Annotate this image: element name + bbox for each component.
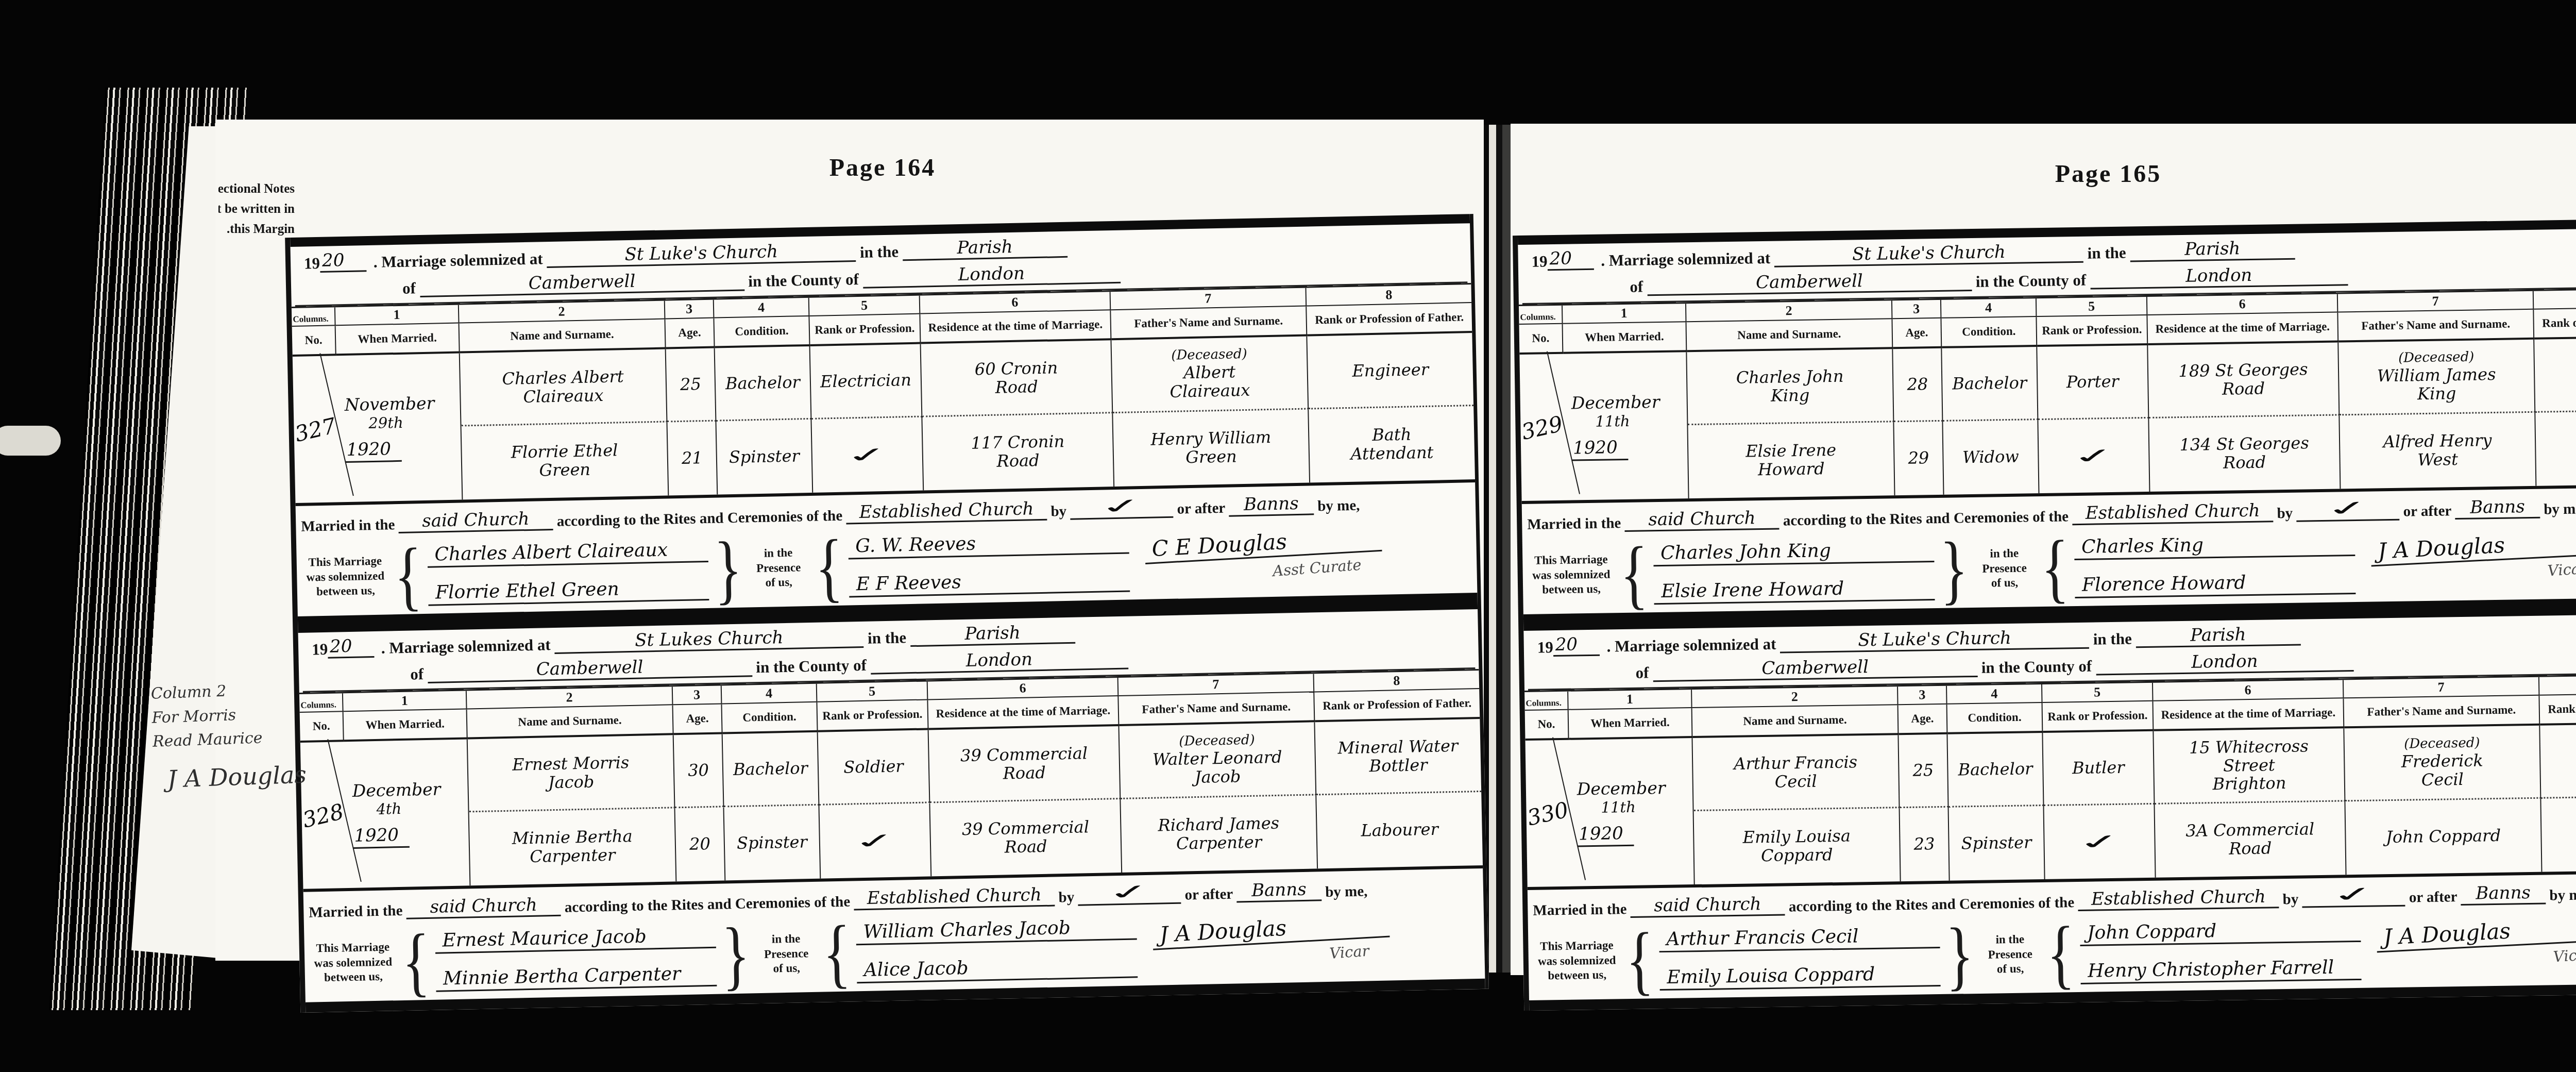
groom-residence-line3: Brighton — [2212, 774, 2286, 794]
county-handwritten: London — [2090, 263, 2348, 289]
groom-father-forenames: William James — [2377, 365, 2496, 386]
bride-rank-ditto-flourish: ✓ — [2038, 418, 2150, 493]
presence-l2: Presence — [1973, 561, 2035, 577]
bride-forenames: Florrie Ethel — [511, 442, 618, 462]
groom-father-rank-cell: Mineral WaterBottler — [1315, 719, 1481, 795]
header-rank: Rank or Profession. — [809, 314, 921, 346]
columns-label-cell: Columns. — [292, 307, 336, 327]
column-number: 3 — [673, 685, 722, 705]
by-label: by — [2282, 891, 2298, 908]
presence-l1: in the — [747, 545, 809, 561]
columns-word: Columns. — [293, 314, 329, 325]
year-printed: 19 — [1537, 638, 1554, 656]
header-father-rank: Rank or Profession of Father. — [2539, 693, 2576, 726]
solemnized-label: . Marriage solemnized at — [381, 635, 551, 657]
according-label: according to the Rites and Ceremonies of… — [1789, 894, 2075, 915]
witness2-signature: Florence Howard — [2075, 571, 2356, 598]
groom-father-surname: Cecil — [2421, 770, 2464, 790]
register-page-left: Page 164 Any Correctional Notes must be … — [215, 120, 1484, 961]
groom-father-forenames: Albert — [1183, 363, 1236, 383]
register-page-right: Page 165 Any Correctional Notes must be … — [1511, 124, 2576, 975]
header-when-married: When Married. — [344, 709, 468, 742]
bride-age: 23 — [1900, 808, 1950, 881]
according-label: according to the Rites and Ceremonies of… — [1783, 508, 2069, 529]
column-number: 4 — [714, 298, 810, 319]
scanned-register-image: Page 164 Any Correctional Notes must be … — [0, 0, 2576, 1072]
groom-surname: King — [1771, 386, 1810, 405]
established-church-handwritten: Established Church — [846, 498, 1047, 525]
county-handwritten: London — [870, 647, 1128, 675]
groom-age: 25 — [1899, 734, 1948, 808]
marriage-year: 1920 — [1578, 823, 1634, 847]
header-father-rank: Rank or Profession of Father. — [2534, 307, 2576, 340]
by-flourish-mark: ✓ — [2327, 882, 2380, 907]
column-number: 5 — [817, 681, 928, 702]
bride-residence-line2: Road — [996, 451, 1040, 471]
presence-l2: Presence — [755, 946, 818, 962]
marriage-day: 11th — [1577, 798, 1636, 817]
bride-residence-line2: Road — [2229, 839, 2272, 858]
said-church-handwritten: said Church — [398, 508, 553, 533]
groom-father-cell: (Deceased)AlbertClaireaux — [1111, 337, 1309, 414]
witness-signatures: John Coppard Henry Christopher Farrell — [2080, 918, 2362, 984]
header-father-name: Father's Name and Surname. — [2338, 310, 2534, 343]
by-flourish-mark: ✓ — [2321, 496, 2374, 521]
marriage-month: November — [344, 393, 434, 415]
marriage-year: 1920 — [1572, 437, 1628, 461]
groom-rank: Soldier — [818, 730, 930, 805]
bride-father-forenames: Henry William — [1150, 428, 1271, 449]
established-church-handwritten: Established Church — [2072, 500, 2274, 525]
church-handwritten: St Lukes Church — [554, 626, 864, 654]
according-label: according to the Rites and Ceremonies of… — [556, 508, 842, 530]
register-form-left: 1920 . Marriage solemnized at St Luke's … — [285, 214, 1489, 1013]
this-marriage-l1: This Marriage — [1533, 938, 1620, 954]
header-father-name: Father's Name and Surname. — [1118, 692, 1315, 726]
close-brace: } — [721, 924, 750, 986]
this-marriage-l3: between us, — [1528, 582, 1615, 598]
county-handwritten: London — [862, 261, 1121, 289]
said-church-handwritten: said Church — [1624, 508, 1780, 532]
header-father-rank: Rank or Profession of Father. — [1307, 303, 1472, 336]
groom-name-cell: Ernest MorrisJacob — [468, 735, 675, 812]
groom-signature: Ernest Maurice Jacob — [435, 925, 716, 954]
column-number: 1 — [335, 305, 460, 326]
parish-handwritten: Camberwell — [1647, 269, 1972, 296]
ditto-flourish-mark: ✓ — [2067, 444, 2120, 468]
bride-signature: Florrie Ethel Green — [428, 577, 709, 606]
married-in-label: Married in the — [301, 516, 395, 535]
this-marriage-l1: This Marriage — [1528, 552, 1614, 568]
groom-residence-line2: Street — [2223, 756, 2275, 775]
column-number: 2 — [1692, 686, 1898, 708]
header-when-married: When Married. — [336, 324, 460, 356]
witness-signatures: Charles King Florence Howard — [2074, 532, 2356, 598]
groom-age: 25 — [666, 348, 717, 423]
marriage-month: December — [1571, 392, 1660, 413]
header-age: Age. — [1899, 705, 1948, 735]
married-in-label: Married in the — [1533, 901, 1626, 919]
groom-father-forenames: Walter Leonard — [1153, 748, 1282, 769]
groom-forenames: Ernest Morris — [512, 753, 630, 774]
open-brace: { — [401, 930, 430, 993]
groom-surname: Claireaux — [523, 386, 604, 406]
county-label: in the County of — [1975, 271, 2086, 291]
by-flourish: ✓ — [1070, 494, 1174, 520]
columns-label-cell: Columns. — [1524, 692, 1569, 711]
groom-residence-line1: 39 Commercial — [960, 744, 1088, 765]
bride-name-cell: Minnie BerthaCarpenter — [469, 808, 677, 885]
officiant-block: C E Douglas Asst Curate — [1144, 528, 1382, 583]
marriage-year: 1920 — [345, 439, 401, 463]
by-flourish-mark: ✓ — [1095, 493, 1148, 518]
margin-note-line3: this Margin. — [218, 220, 295, 240]
when-married-cell: December 11th 1920 — [1569, 738, 1694, 886]
register-entry: 1920 . Marriage solemnized at St Luke's … — [1518, 227, 2576, 614]
year-printed: 19 — [1531, 252, 1548, 270]
column-number: 7 — [2344, 677, 2539, 699]
entry-footer: Married in the said Church according to … — [1528, 873, 2576, 1000]
witness-signatures: G. W. Reeves E F Reeves — [848, 530, 1130, 598]
groom-condition: Bachelor — [715, 346, 812, 422]
column-number: 1 — [343, 691, 467, 712]
groom-forenames: Charles Albert — [502, 367, 624, 389]
column-number: 4 — [1947, 684, 2043, 705]
header-rank: Rank or Profession. — [2037, 315, 2148, 347]
this-marriage-label: This Marriage was solemnized between us, — [302, 554, 389, 600]
year: 1920 — [304, 249, 367, 273]
column-number: 7 — [2338, 291, 2534, 313]
columns-word: Columns. — [1520, 312, 1556, 323]
register-table: Columns. 1 2 3 4 5 6 7 8 No. When Marrie… — [299, 669, 1483, 892]
header-father-name: Father's Name and Surname. — [2344, 696, 2540, 729]
groom-father-rank-cell: Engineer — [1307, 333, 1473, 409]
register-entry: 1920 . Marriage solemnized at St Luke's … — [290, 223, 1477, 616]
groom-father-deceased-note: (Deceased) — [1179, 733, 1255, 749]
banns-handwritten: Banns — [1236, 879, 1322, 902]
in-the-label: in the — [2093, 629, 2132, 648]
year: 1920 — [1531, 248, 1594, 271]
county-handwritten: London — [2096, 649, 2354, 675]
banns-handwritten: Banns — [1228, 493, 1314, 516]
witness1-signature: G. W. Reeves — [848, 530, 1129, 560]
groom-father-forenames: Frederick — [2401, 752, 2483, 772]
column-number: 5 — [809, 296, 921, 316]
solemnized-label: . Marriage solemnized at — [1601, 249, 1770, 270]
column-number: 1 — [1563, 304, 1687, 324]
open-brace-witnesses: { — [2046, 923, 2075, 985]
year-printed: 19 — [304, 254, 320, 273]
groom-name-cell: Charles AlbertClaireaux — [460, 349, 668, 427]
year-handwritten: 20 — [320, 249, 367, 273]
groom-condition: Bachelor — [1947, 733, 2044, 808]
groom-father-rank-line2: Bottler — [1369, 756, 1428, 776]
bride-father-rank-cell: BathAttendant — [1309, 406, 1475, 482]
marriage-year: 1920 — [353, 825, 409, 849]
correction-annotation: Column 2 For Morris Read Maurice J A Dou… — [150, 676, 325, 798]
groom-signature: Charles John King — [1653, 539, 1935, 566]
presence-l3: of us, — [748, 575, 810, 591]
presence-label: in the Presence of us, — [755, 931, 818, 977]
by-me-label: by me, — [1317, 497, 1360, 515]
said-church-handwritten: said Church — [1630, 893, 1785, 917]
page-number: Page 164 — [293, 154, 1472, 182]
open-brace-witnesses: { — [815, 536, 843, 598]
solemnized-label: . Marriage solemnized at — [1606, 635, 1776, 656]
groom-surname: Cecil — [1775, 772, 1817, 791]
register-table: Columns. 1 2 3 4 5 6 7 8 No. When Marrie… — [1524, 673, 2576, 890]
columns-word: Columns. — [1526, 698, 1562, 709]
groom-father-rank-line1: Mineral Water — [1337, 736, 1458, 758]
or-after-label: or after — [1184, 886, 1233, 903]
party-signatures: Charles John King Elsie Irene Howard — [1653, 539, 1935, 605]
column-number: 2 — [1686, 300, 1892, 322]
groom-father-rank-line1: Engineer — [1352, 360, 1429, 380]
header-condition: Condition. — [1941, 317, 2037, 348]
bride-surname: Howard — [1758, 460, 1825, 479]
groom-residence-line2: Road — [995, 378, 1038, 397]
bride-rank-ditto-flourish: ✓ — [811, 417, 924, 493]
married-in-label: Married in the — [1527, 515, 1621, 533]
bride-father-rank-line1: Labourer — [1361, 820, 1438, 841]
column-number: 8 — [2539, 675, 2576, 696]
officiant-block: J A Douglas Vicar — [1152, 914, 1390, 969]
bride-signature: Minnie Bertha Carpenter — [436, 963, 717, 992]
groom-father-surname: Claireaux — [1170, 381, 1250, 401]
bride-condition: Widow — [1943, 420, 2039, 495]
header-when-married: When Married. — [1563, 322, 1687, 354]
this-marriage-l3: between us, — [1534, 968, 1620, 984]
groom-father-cell: (Deceased)William JamesKing — [2338, 340, 2535, 416]
presence-l2: Presence — [1979, 947, 2041, 963]
witness-signatures: William Charles Jacob Alice Jacob — [856, 916, 1138, 983]
by-flourish-mark: ✓ — [1103, 879, 1156, 904]
groom-age: 30 — [674, 734, 724, 808]
register-entry: 1920 . Marriage solemnized at St Lukes C… — [298, 609, 1485, 1002]
columns-label-cell: Columns. — [1519, 306, 1563, 325]
entry-327-mount: 1920 . Marriage solemnized at St Luke's … — [290, 223, 1477, 616]
year: 1920 — [1537, 634, 1600, 657]
column-number: 8 — [2534, 289, 2576, 310]
register-form-right: 1920 . Marriage solemnized at St Luke's … — [1513, 218, 2576, 1011]
witness2-signature: Alice Jacob — [856, 954, 1138, 983]
banns-handwritten: Banns — [2461, 882, 2546, 906]
church-handwritten: St Luke's Church — [1780, 627, 2090, 654]
parish-handwritten: Camberwell — [1653, 655, 1978, 682]
bride-residence-line2: Road — [2223, 454, 2266, 473]
entry-328-mount: 1920 . Marriage solemnized at St Lukes C… — [298, 609, 1485, 1002]
bride-residence-cell: 117 CroninRoad — [922, 413, 1114, 490]
this-marriage-l2: was solemnized — [1534, 953, 1620, 969]
bride-rank-ditto-flourish: ✓ — [2044, 805, 2156, 879]
parish-word-handwritten: Parish — [2130, 238, 2295, 262]
this-marriage-l1: This Marriage — [310, 940, 397, 956]
bride-surname: Green — [539, 460, 590, 480]
groom-residence-line2: Road — [1003, 763, 1046, 782]
party-signatures: Arthur Francis Cecil Emily Louisa Coppar… — [1659, 925, 1941, 991]
church-handwritten: St Luke's Church — [1774, 241, 2084, 267]
header-age: Age. — [1892, 319, 1942, 349]
groom-signature: Charles Albert Claireaux — [427, 539, 708, 568]
header-residence: Residence at the time of Marriage. — [2147, 312, 2338, 345]
bride-father-forenames: John Coppard — [2386, 827, 2501, 847]
groom-age: 28 — [1893, 348, 1943, 422]
established-church-handwritten: Established Church — [854, 884, 1055, 911]
header-residence: Residence at the time of Marriage. — [928, 696, 1119, 730]
by-me-label: by me, — [2549, 886, 2576, 903]
bride-residence-line1: 134 St Georges — [2179, 434, 2309, 455]
column-number: 3 — [1898, 686, 1947, 705]
header-age: Age. — [665, 319, 715, 349]
groom-father-surname: King — [2417, 384, 2456, 404]
groom-father-rank-cell: CoalPorter — [2534, 337, 2576, 413]
bride-residence-cell: 134 St GeorgesRoad — [2149, 415, 2341, 491]
bride-father-rank-cell: DockLabourer — [2535, 410, 2576, 486]
marriage-month: December — [1577, 778, 1666, 799]
groom-residence-line1: 15 Whitecross — [2189, 737, 2309, 757]
by-label: by — [2277, 505, 2293, 522]
open-brace: { — [1625, 929, 1654, 991]
this-marriage-label: This Marriage was solemnized between us, — [1528, 552, 1615, 598]
county-label: in the County of — [756, 656, 867, 676]
bride-residence-line1: 3A Commercial — [2185, 820, 2314, 841]
groom-father-surname: Jacob — [1194, 767, 1241, 787]
when-married-cell: December 11th 1920 — [1563, 352, 1689, 500]
bride-father-cell: Henry WilliamGreen — [1113, 409, 1310, 487]
register-table: Columns. 1 2 3 4 5 6 7 8 No. When Marrie… — [292, 283, 1475, 506]
married-in-label: Married in the — [309, 902, 403, 921]
bride-father-rank-line1: Bath — [1372, 426, 1412, 445]
groom-residence-cell: 15 WhitecrossStreetBrighton — [2154, 728, 2345, 804]
ditto-flourish-mark: ✓ — [2073, 830, 2126, 855]
of-label: of — [410, 665, 424, 683]
or-after-label: or after — [2403, 502, 2451, 520]
column-number: 3 — [665, 300, 715, 320]
presence-l3: of us, — [756, 961, 818, 977]
groom-signature: Arthur Francis Cecil — [1659, 925, 1940, 952]
year: 1920 — [312, 635, 375, 659]
groom-father-cell: (Deceased)Walter LeonardJacob — [1119, 722, 1316, 799]
by-flourish: ✓ — [1078, 880, 1181, 906]
header-rank: Rank or Profession. — [2043, 701, 2154, 733]
bride-father-surname: West — [2417, 450, 2458, 470]
register-table: Columns. 1 2 3 4 5 6 7 8 No. When Marrie… — [1519, 287, 2576, 504]
bride-residence-cell: 39 CommercialRoad — [930, 799, 1122, 876]
bride-residence-cell: 3A CommercialRoad — [2155, 801, 2346, 877]
year-handwritten: 20 — [1553, 634, 1600, 657]
in-the-label: in the — [860, 242, 899, 261]
parish-word-handwritten: Parish — [902, 236, 1067, 261]
in-the-label: in the — [2087, 244, 2126, 262]
according-label: according to the Rites and Ceremonies of… — [565, 894, 851, 916]
bride-surname: Coppard — [1761, 846, 1833, 865]
bride-father-surname: Carpenter — [1176, 833, 1262, 853]
bride-father-rank-cell: Pensioner — [2541, 796, 2576, 872]
page-number: Page 165 — [1518, 160, 2576, 188]
header-residence: Residence at the time of Marriage. — [2154, 698, 2345, 731]
groom-forenames: Charles John — [1736, 367, 1844, 387]
bride-residence-line1: 39 Commercial — [962, 818, 1090, 839]
groom-forenames: Arthur Francis — [1734, 753, 1857, 773]
book-center-gutter — [1483, 125, 1511, 973]
banns-handwritten: Banns — [2455, 496, 2540, 520]
column-number: 6 — [2147, 294, 2338, 315]
groom-father-cell: (Deceased)FrederickCecil — [2344, 726, 2541, 802]
header-rank: Rank or Profession. — [817, 700, 928, 732]
groom-condition: Bachelor — [723, 732, 820, 808]
bride-father-cell: Alfred HenryWest — [2340, 413, 2536, 489]
margin-note-line2: must be written in — [218, 199, 295, 220]
ditto-flourish-mark: ✓ — [841, 443, 893, 467]
column-number: 4 — [1941, 298, 2037, 319]
bride-forenames: Elsie Irene — [1745, 441, 1836, 461]
bride-father-surname: Green — [1185, 447, 1237, 467]
header-name-surname: Name and Surname. — [460, 320, 666, 354]
marriage-day: 29th — [345, 414, 403, 432]
bride-age: 21 — [667, 422, 718, 496]
groom-father-deceased-note: (Deceased) — [1171, 347, 1247, 363]
header-no: No. — [1519, 324, 1564, 355]
by-label: by — [1050, 503, 1066, 520]
county-label: in the County of — [1981, 657, 2092, 677]
register-entry: 1920 . Marriage solemnized at St Luke's … — [1523, 613, 2576, 1000]
marriage-month: December — [352, 779, 440, 800]
groom-residence-cell: 39 CommercialRoad — [929, 726, 1121, 803]
groom-condition: Bachelor — [1942, 347, 2038, 422]
entry-329-mount: 1920 . Marriage solemnized at St Luke's … — [1518, 227, 2576, 614]
officiant-block: J A Douglas Vicar — [2370, 531, 2576, 585]
bride-rank-ditto-flourish: ✓ — [819, 803, 931, 878]
bride-father-forenames: Alfred Henry — [2383, 431, 2492, 451]
bride-father-rank-cell: Labourer — [1316, 792, 1483, 868]
this-marriage-l3: between us, — [302, 583, 389, 600]
entry-footer: Married in the said Church according to … — [1522, 487, 2576, 614]
header-no: No. — [292, 326, 336, 357]
close-brace: } — [1940, 538, 1969, 600]
correctional-margin-note-left: Any Correctional Notes must be written i… — [218, 179, 295, 239]
witness1-signature: John Coppard — [2080, 918, 2361, 946]
column-number: 6 — [2153, 680, 2344, 701]
open-brace: { — [394, 544, 422, 607]
bride-residence-line2: Road — [1004, 837, 1047, 857]
bride-father-cell: John Coppard — [2345, 799, 2542, 875]
bride-signature: Emily Louisa Coppard — [1659, 963, 1941, 991]
this-marriage-l2: was solemnized — [1528, 567, 1615, 583]
bride-signature: Elsie Irene Howard — [1654, 577, 1935, 605]
or-after-label: or after — [1177, 500, 1225, 517]
witness1-signature: Charles King — [2074, 532, 2355, 560]
column-number: 5 — [2042, 683, 2154, 703]
groom-father-deceased-note: (Deceased) — [2398, 350, 2475, 366]
witness2-signature: Henry Christopher Farrell — [2080, 957, 2362, 984]
bride-residence-line1: 117 Cronin — [971, 432, 1064, 453]
presence-l1: in the — [1973, 546, 2035, 562]
header-name-surname: Name and Surname. — [1687, 319, 1893, 352]
close-brace: } — [1945, 924, 1974, 986]
header-age: Age. — [673, 704, 722, 735]
witness1-signature: William Charles Jacob — [856, 916, 1137, 945]
groom-residence-cell: 189 St GeorgesRoad — [2148, 342, 2340, 418]
this-marriage-l2: was solemnized — [302, 568, 389, 585]
groom-father-rank-cell: MasterTailor — [2540, 723, 2576, 799]
groom-surname: Jacob — [548, 773, 594, 792]
groom-rank: Electrician — [810, 344, 923, 420]
header-father-name: Father's Name and Surname. — [1111, 307, 1307, 341]
header-condition: Condition. — [1947, 703, 2043, 734]
church-handwritten: St Luke's Church — [547, 240, 856, 268]
open-brace-witnesses: { — [2041, 537, 2070, 599]
of-label: of — [1630, 277, 1643, 295]
